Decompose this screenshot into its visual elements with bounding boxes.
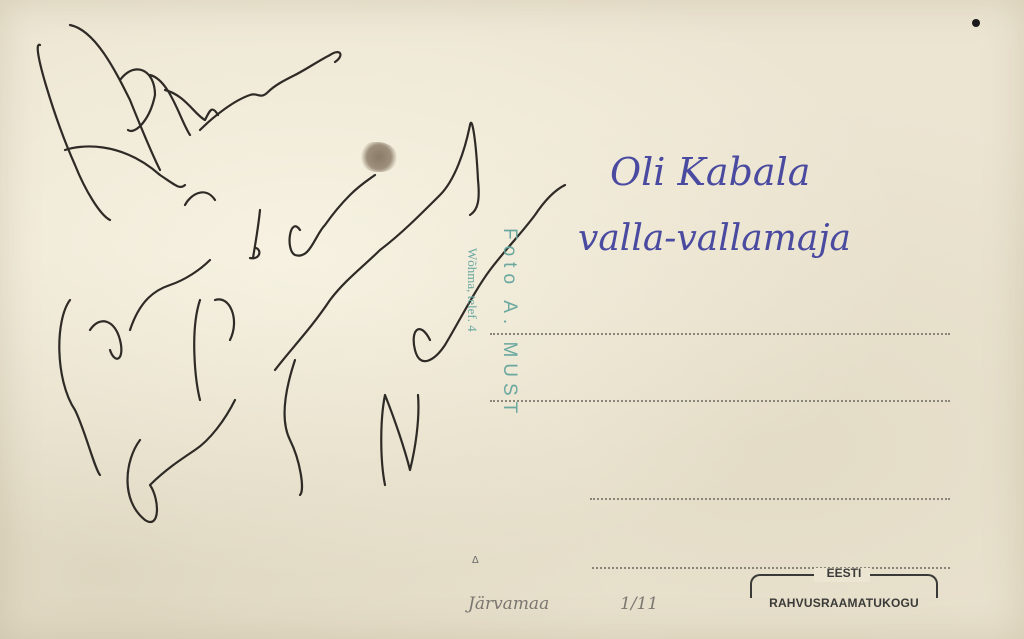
library-stamp-top: EESTI — [748, 566, 940, 580]
signature-6 — [128, 299, 236, 522]
photographer-stamp: Foto A. MUST — [498, 228, 520, 419]
library-stamp-bottom: RAHVUSRAAMATUKOGU — [748, 596, 940, 610]
library-stamp: EESTI RAHVUSRAAMATUKOGU — [748, 566, 940, 618]
address-blank-line — [590, 498, 950, 500]
signature-7 — [381, 185, 565, 485]
signature-3 — [290, 175, 375, 256]
signature-2 — [185, 52, 340, 258]
address-blank-line — [490, 400, 950, 402]
photographer-address: Wõhma, telef. 4 — [464, 248, 480, 332]
address-line-2: valla-vallamaja — [578, 218, 851, 259]
signature-5 — [59, 260, 210, 475]
postcard-back: Foto A. MUST Wõhma, telef. 4 Oli Kabala … — [0, 0, 1024, 639]
address-blank-line — [490, 333, 950, 335]
pencil-place-note: Järvamaa — [468, 594, 549, 614]
printer-mark: Δ — [472, 555, 479, 566]
pencil-ref-note: 1/11 — [620, 594, 658, 614]
signature-4 — [275, 123, 479, 495]
address-line-1: Oli Kabala — [610, 150, 810, 194]
signature-1 — [38, 25, 218, 220]
